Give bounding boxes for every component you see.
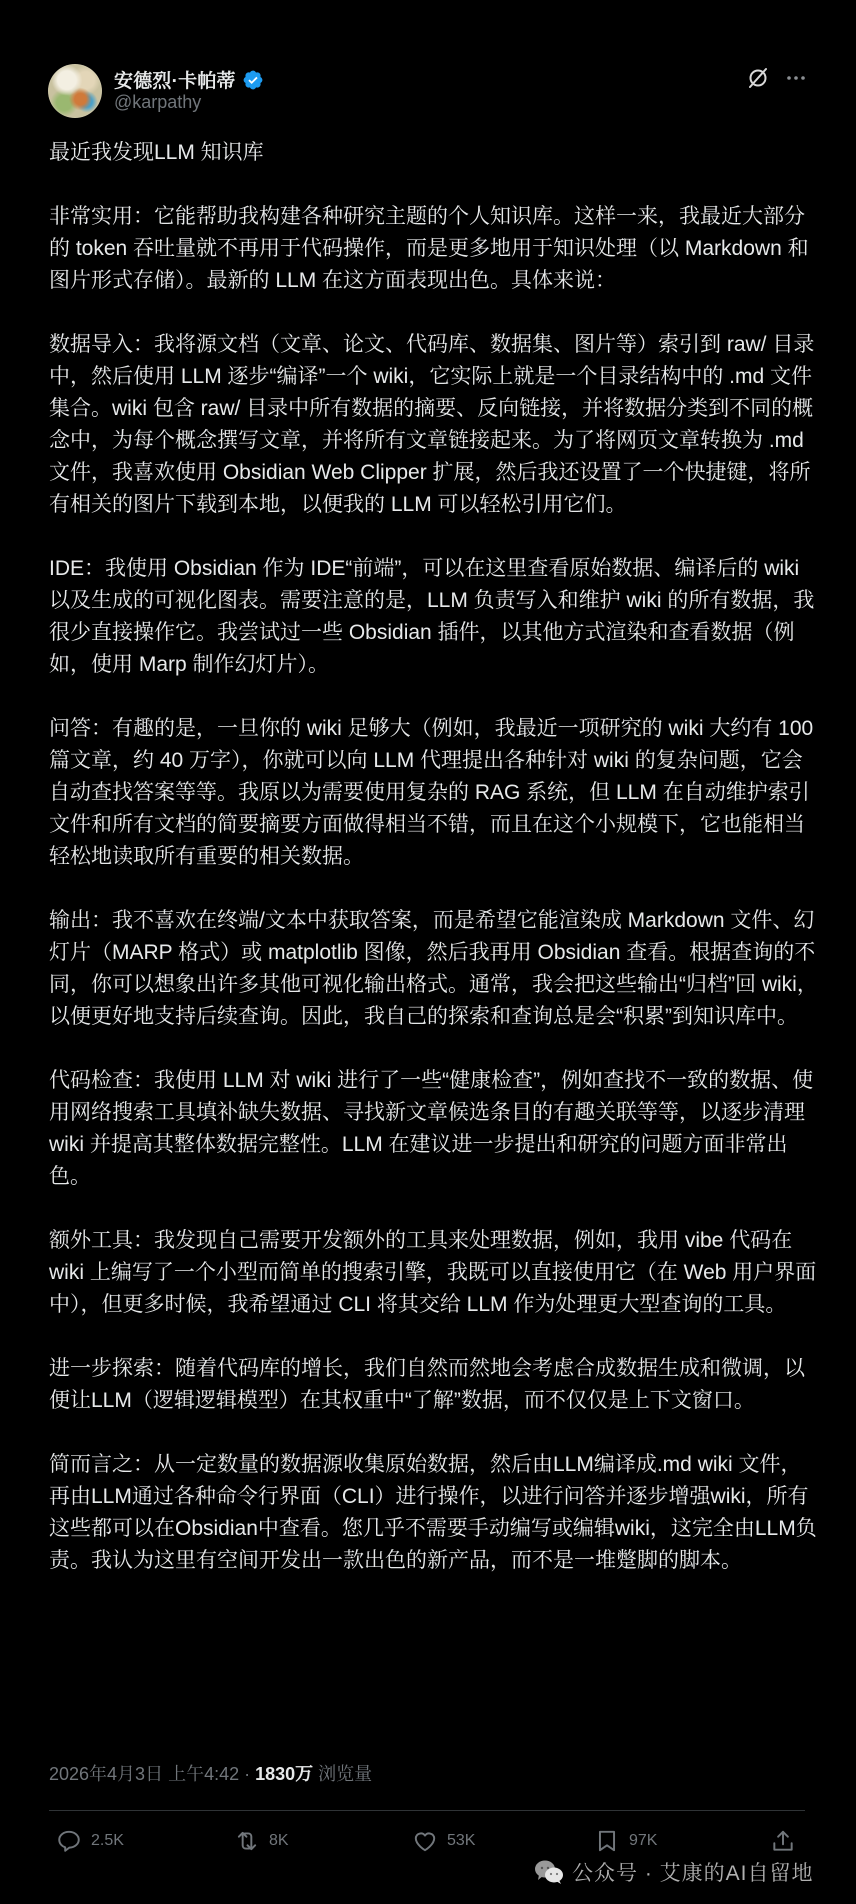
watermark-text: 公众号 · 艾康的AI自留地 bbox=[572, 1857, 814, 1887]
repost-count: 8K bbox=[269, 1832, 289, 1850]
paragraph-output: 输出：我不喜欢在终端/文本中获取答案，而是希望它能渲染成 Markdown 文件… bbox=[49, 905, 819, 1033]
post-timestamp[interactable]: 2026年4月3日 上午4:42 bbox=[49, 1764, 239, 1784]
author-display-name[interactable]: 安德烈·卡帕蒂 bbox=[114, 66, 236, 93]
paragraph-further-exploration: 进一步探索：随着代码库的增长，我们自然而然地会考虑合成数据生成和微调，以便让LL… bbox=[49, 1353, 819, 1417]
more-options-icon[interactable] bbox=[784, 66, 808, 90]
paragraph-usage: 非常实用：它能帮助我构建各种研究主题的个人知识库。这样一来，我最近大部分的 to… bbox=[49, 201, 819, 297]
bookmark-icon bbox=[594, 1828, 620, 1854]
views-count: 1830万 bbox=[255, 1764, 313, 1784]
post-header: 安德烈·卡帕蒂 @karpathy bbox=[48, 64, 808, 120]
avatar[interactable] bbox=[48, 64, 102, 118]
bookmark-button[interactable]: 97K bbox=[594, 1828, 657, 1854]
author-handle[interactable]: @karpathy bbox=[114, 92, 201, 113]
wechat-icon bbox=[534, 1859, 564, 1885]
views-label: 浏览量 bbox=[318, 1764, 372, 1784]
divider bbox=[49, 1810, 805, 1811]
like-button[interactable]: 53K bbox=[412, 1828, 475, 1854]
paragraph-ide: IDE：我使用 Obsidian 作为 IDE“前端”，可以在这里查看原始数据、… bbox=[49, 553, 819, 681]
paragraph-linting: 代码检查：我使用 LLM 对 wiki 进行了一些“健康检查”，例如查找不一致的… bbox=[49, 1065, 819, 1193]
like-count: 53K bbox=[447, 1832, 475, 1850]
reply-count: 2.5K bbox=[91, 1832, 124, 1850]
reply-icon bbox=[56, 1828, 82, 1854]
author-name-row: 安德烈·卡帕蒂 bbox=[114, 66, 264, 93]
bookmark-count: 97K bbox=[629, 1832, 657, 1850]
post-meta: 2026年4月3日 上午4:42 · 1830万 浏览量 bbox=[49, 1760, 372, 1786]
heart-icon bbox=[412, 1828, 438, 1854]
watermark: 公众号 · 艾康的AI自留地 bbox=[534, 1857, 814, 1887]
post-title: 最近我发现LLM 知识库 bbox=[49, 137, 819, 169]
header-actions bbox=[746, 66, 808, 90]
meta-separator: · bbox=[239, 1764, 255, 1784]
share-button[interactable] bbox=[770, 1828, 796, 1854]
paragraph-qa: 问答：有趣的是，一旦你的 wiki 足够大（例如，我最近一项研究的 wiki 大… bbox=[49, 713, 819, 873]
share-icon bbox=[770, 1828, 796, 1854]
paragraph-extra-tools: 额外工具：我发现自己需要开发额外的工具来处理数据，例如，我用 vibe 代码在 … bbox=[49, 1225, 819, 1321]
paragraph-summary: 简而言之：从一定数量的数据源收集原始数据，然后由LLM编译成.md wiki 文… bbox=[49, 1449, 819, 1577]
grok-icon[interactable] bbox=[746, 66, 770, 90]
repost-icon bbox=[234, 1828, 260, 1854]
reply-button[interactable]: 2.5K bbox=[56, 1828, 124, 1854]
verified-badge-icon bbox=[242, 69, 264, 91]
paragraph-data-import: 数据导入：我将源文档（文章、论文、代码库、数据集、图片等）索引到 raw/ 目录… bbox=[49, 329, 819, 521]
repost-button[interactable]: 8K bbox=[234, 1828, 289, 1854]
action-bar: 2.5K 8K 53K 97K bbox=[56, 1828, 806, 1856]
post-body: 最近我发现LLM 知识库 非常实用：它能帮助我构建各种研究主题的个人知识库。这样… bbox=[49, 137, 819, 1609]
